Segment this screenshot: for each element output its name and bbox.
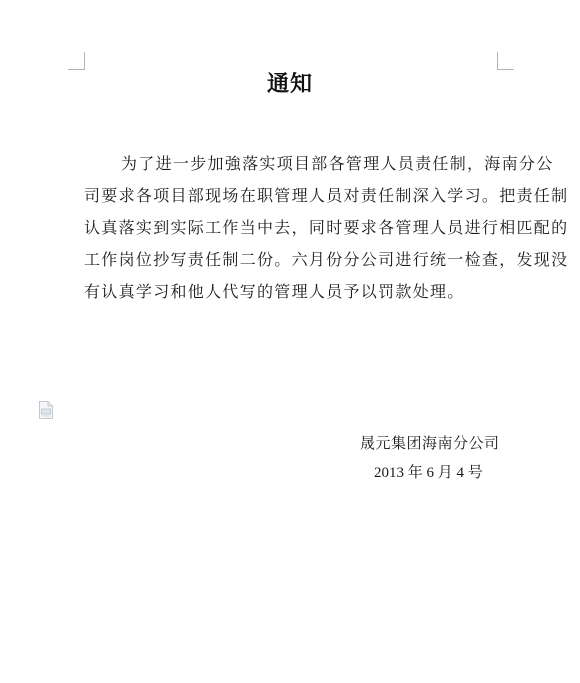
signature-date: 2013 年 6 月 4 号 [360, 458, 500, 488]
notice-body: 为了进一步加強落实项目部各管理人员责任制，海南分公 司要求各项目部现场在职管理人… [84, 148, 498, 308]
signature-block: 晟元集团海南分公司 2013 年 6 月 4 号 [360, 428, 500, 488]
body-line-3: 认真落实到实际工作当中去，同时要求各管理人员进行相匹配的 [84, 212, 498, 244]
top-right-margin-mark [497, 52, 514, 70]
body-line-2: 司要求各项目部现场在职管理人员对责任制深入学习。把责任制 [84, 180, 498, 212]
signature-organization: 晟元集团海南分公司 [360, 428, 500, 458]
body-line-1: 为了进一步加強落实项目部各管理人员责任制，海南分公 [84, 148, 498, 180]
document-page: 通知 为了进一步加強落实项目部各管理人员责任制，海南分公 司要求各项目部现场在职… [0, 0, 580, 683]
top-left-margin-mark [68, 52, 85, 70]
document-attachment-icon[interactable] [38, 400, 54, 420]
body-line-4: 工作岗位抄写责任制二份。六月份分公司进行统一检查，发现没 [84, 244, 498, 276]
body-line-5: 有认真学习和他人代写的管理人员予以罚款处理。 [84, 276, 498, 308]
document-title: 通知 [0, 70, 580, 100]
